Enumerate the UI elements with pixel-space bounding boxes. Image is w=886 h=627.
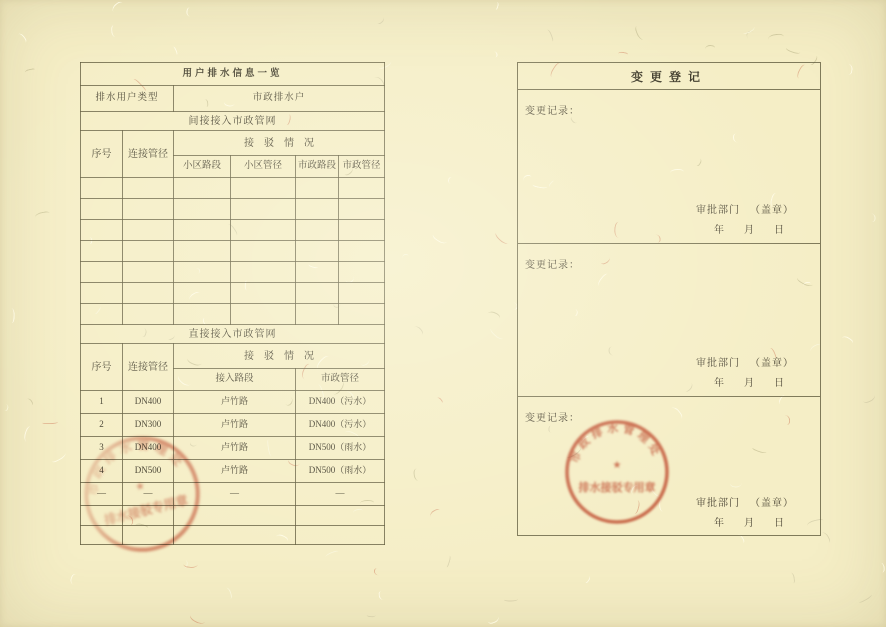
row-municipal: DN400（污水） (296, 391, 385, 414)
paper-fiber (489, 325, 506, 342)
direct-section-title: 直接接入市政管网 (81, 325, 385, 344)
paper-fiber (325, 549, 340, 558)
row-pipe: DN300 (123, 414, 174, 437)
paper-fiber (858, 591, 873, 603)
empty-cell (296, 199, 339, 220)
empty-cell (174, 241, 231, 262)
date-line: 年 月 日 (714, 514, 784, 529)
paper-fiber (447, 176, 457, 185)
change-record-label: 变更记录： (525, 409, 580, 424)
indirect-empty-row (81, 241, 385, 262)
user-type-value: 市政排水户 (174, 86, 385, 112)
paper-fiber (741, 24, 756, 35)
indirect-col-pipe: 连接管径 (123, 131, 174, 178)
row-road: — (174, 483, 296, 506)
empty-cell (339, 304, 385, 325)
paper-fiber (494, 229, 511, 246)
paper-fiber (373, 568, 383, 576)
direct-section-row: 直接接入市政管网 (81, 325, 385, 344)
empty-cell (81, 262, 123, 283)
change-record-label: 变更记录： (525, 256, 580, 271)
direct-header-row: 序号 连接管径 接 驳 情 况 (81, 344, 385, 369)
paper-fiber (504, 596, 518, 602)
empty-cell (339, 199, 385, 220)
paper-fiber (34, 211, 50, 221)
paper-fiber (188, 609, 207, 626)
direct-col-group: 接 驳 情 况 (174, 344, 385, 369)
row-pipe: DN500 (123, 460, 174, 483)
paper-fiber (15, 32, 27, 45)
indirect-section-title: 间接接入市政管网 (81, 112, 385, 131)
indirect-section-row: 间接接入市政管网 (81, 112, 385, 131)
approve-line: 审批部门（盖章） (696, 494, 794, 509)
empty-cell (296, 178, 339, 199)
paper-fiber (414, 468, 424, 481)
paper-fiber (25, 68, 36, 74)
paper-fiber (110, 0, 127, 16)
empty-cell (123, 283, 174, 304)
direct-data-row: 1 DN400 卢竹路 DN400（污水） (81, 391, 385, 414)
indirect-empty-row (81, 178, 385, 199)
change-section-3: 变更记录： 审批部门（盖章） 年 月 日 (518, 397, 820, 536)
empty-cell (123, 506, 174, 526)
approver-label: 审批部门 (696, 498, 740, 509)
paper-fiber (435, 396, 443, 404)
paper-fiber (865, 212, 876, 221)
paper-fiber (545, 29, 554, 43)
empty-cell (231, 304, 296, 325)
direct-col-pipe: 连接管径 (123, 344, 174, 391)
empty-cell (296, 241, 339, 262)
paper-fiber (432, 230, 450, 246)
empty-cell (81, 506, 123, 526)
empty-cell (174, 283, 231, 304)
empty-cell (174, 220, 231, 241)
indirect-header-row: 序号 连接管径 接 驳 情 况 (81, 131, 385, 156)
empty-cell (123, 304, 174, 325)
empty-cell (123, 178, 174, 199)
indirect-empty-row (81, 220, 385, 241)
empty-cell (339, 178, 385, 199)
paper-fiber (877, 563, 885, 573)
empty-cell (81, 241, 123, 262)
direct-dash-row: — — — — (81, 483, 385, 506)
paper-fiber (402, 254, 410, 265)
empty-cell (231, 283, 296, 304)
row-pipe: DN400 (123, 437, 174, 460)
paper-fiber (583, 574, 592, 583)
indirect-empty-row (81, 304, 385, 325)
paper-fiber (618, 52, 629, 59)
seal-label: （盖章） (750, 205, 794, 216)
paper-fiber (486, 309, 502, 323)
paper-fiber (444, 555, 452, 567)
indirect-subcol-0: 小区路段 (174, 156, 231, 178)
direct-subcol-1: 市政管径 (296, 369, 385, 391)
row-road: 卢竹路 (174, 437, 296, 460)
empty-cell (174, 178, 231, 199)
row-seq: 1 (81, 391, 123, 414)
date-line: 年 月 日 (714, 374, 784, 389)
paper-fiber (184, 559, 198, 568)
row-road: 卢竹路 (174, 391, 296, 414)
row-seq: 2 (81, 414, 123, 437)
paper-fiber (186, 7, 195, 17)
paper-fiber (223, 586, 233, 599)
paper-fiber (411, 324, 425, 338)
paper-fiber (69, 573, 82, 587)
empty-cell (339, 220, 385, 241)
empty-cell (296, 283, 339, 304)
approve-line: 审批部门（盖章） (696, 201, 794, 216)
empty-cell (339, 241, 385, 262)
indirect-subcol-1: 小区管径 (231, 156, 296, 178)
empty-cell (81, 283, 123, 304)
paper-fiber (841, 62, 853, 74)
indirect-empty-row (81, 262, 385, 283)
empty-cell (231, 199, 296, 220)
change-section-2: 变更记录： 审批部门（盖章） 年 月 日 (518, 244, 820, 397)
direct-empty-row (81, 526, 385, 545)
empty-cell (296, 506, 385, 526)
indirect-empty-row (81, 199, 385, 220)
paper-fiber (492, 1, 499, 10)
row-municipal: DN500（雨水） (296, 437, 385, 460)
paper-fiber (379, 591, 389, 600)
empty-cell (123, 526, 174, 545)
approver-label: 审批部门 (696, 205, 740, 216)
empty-cell (81, 178, 123, 199)
paper-fiber (840, 334, 854, 347)
empty-cell (123, 262, 174, 283)
row-road: 卢竹路 (174, 414, 296, 437)
empty-cell (339, 262, 385, 283)
paper-fiber (374, 15, 385, 26)
direct-empty-row (81, 506, 385, 526)
empty-cell (123, 199, 174, 220)
paper-fiber (22, 425, 36, 443)
paper-fiber (42, 420, 58, 424)
empty-cell (123, 220, 174, 241)
paper-fiber (367, 611, 376, 617)
direct-col-seq: 序号 (81, 344, 123, 391)
row-seq: 4 (81, 460, 123, 483)
paper-fiber (861, 391, 877, 404)
empty-cell (81, 304, 123, 325)
user-type-row: 排水用户类型 市政排水户 (81, 86, 385, 112)
row-municipal: DN500（雨水） (296, 460, 385, 483)
empty-cell (339, 283, 385, 304)
paper-fiber (111, 24, 119, 37)
scanned-document: 用户排水信息一览 排水用户类型 市政排水户 间接接入市政管网 序号 连接管径 接… (0, 0, 886, 627)
paper-fiber (486, 611, 500, 624)
empty-cell (296, 526, 385, 545)
empty-cell (174, 262, 231, 283)
paper-fiber (24, 397, 34, 407)
change-record-label: 变更记录： (525, 102, 580, 117)
empty-cell (174, 506, 296, 526)
paper-fiber (491, 51, 498, 57)
paper-fiber (634, 24, 646, 41)
empty-cell (296, 220, 339, 241)
direct-data-row: 2 DN300 卢竹路 DN400（污水） (81, 414, 385, 437)
empty-cell (296, 304, 339, 325)
row-seq: 3 (81, 437, 123, 460)
paper-fiber (788, 572, 796, 584)
empty-cell (123, 241, 174, 262)
seal-label: （盖章） (750, 498, 794, 509)
seal-label: （盖章） (750, 358, 794, 369)
row-pipe: — (123, 483, 174, 506)
change-section-1: 变更记录： 审批部门（盖章） 年 月 日 (518, 90, 820, 244)
paper-fiber (50, 450, 68, 464)
row-municipal: — (296, 483, 385, 506)
change-registration-title: 变更登记 (518, 63, 820, 90)
indirect-col-seq: 序号 (81, 131, 123, 178)
empty-cell (174, 199, 231, 220)
direct-subcol-0: 接入路段 (174, 369, 296, 391)
empty-cell (81, 220, 123, 241)
paper-fiber (179, 559, 188, 569)
empty-cell (231, 262, 296, 283)
drainage-info-sheet: 用户排水信息一览 排水用户类型 市政排水户 间接接入市政管网 序号 连接管径 接… (80, 62, 385, 545)
paper-fiber (785, 45, 801, 56)
page-title: 用户排水信息一览 (81, 63, 385, 86)
paper-fiber (429, 508, 442, 520)
indirect-col-group: 接 驳 情 况 (174, 131, 385, 156)
paper-fiber (0, 403, 10, 413)
empty-cell (174, 526, 296, 545)
table-title-row: 用户排水信息一览 (81, 63, 385, 86)
indirect-empty-row (81, 283, 385, 304)
drainage-info-table: 用户排水信息一览 排水用户类型 市政排水户 间接接入市政管网 序号 连接管径 接… (80, 62, 385, 545)
approver-label: 审批部门 (696, 358, 740, 369)
empty-cell (231, 220, 296, 241)
direct-data-row: 4 DN500 卢竹路 DN500（雨水） (81, 460, 385, 483)
direct-data-row: 3 DN400 卢竹路 DN500（雨水） (81, 437, 385, 460)
empty-cell (81, 526, 123, 545)
empty-cell (231, 241, 296, 262)
empty-cell (81, 199, 123, 220)
paper-fiber (171, 46, 178, 56)
user-type-label: 排水用户类型 (81, 86, 174, 112)
empty-cell (296, 262, 339, 283)
paper-fiber (744, 30, 757, 43)
change-registration-sheet: 变更登记 变更记录： 审批部门（盖章） 年 月 日 变更记录： 审批部门（盖章）… (517, 62, 821, 536)
approve-line: 审批部门（盖章） (696, 354, 794, 369)
date-line: 年 月 日 (714, 221, 784, 236)
indirect-subcol-3: 市政管径 (339, 156, 385, 178)
indirect-subcol-2: 市政路段 (296, 156, 339, 178)
row-pipe: DN400 (123, 391, 174, 414)
row-road: 卢竹路 (174, 460, 296, 483)
paper-fiber (8, 308, 16, 323)
row-municipal: DN400（污水） (296, 414, 385, 437)
paper-fiber (704, 45, 714, 54)
empty-cell (231, 178, 296, 199)
paper-fiber (767, 34, 784, 44)
row-seq: — (81, 483, 123, 506)
empty-cell (174, 304, 231, 325)
